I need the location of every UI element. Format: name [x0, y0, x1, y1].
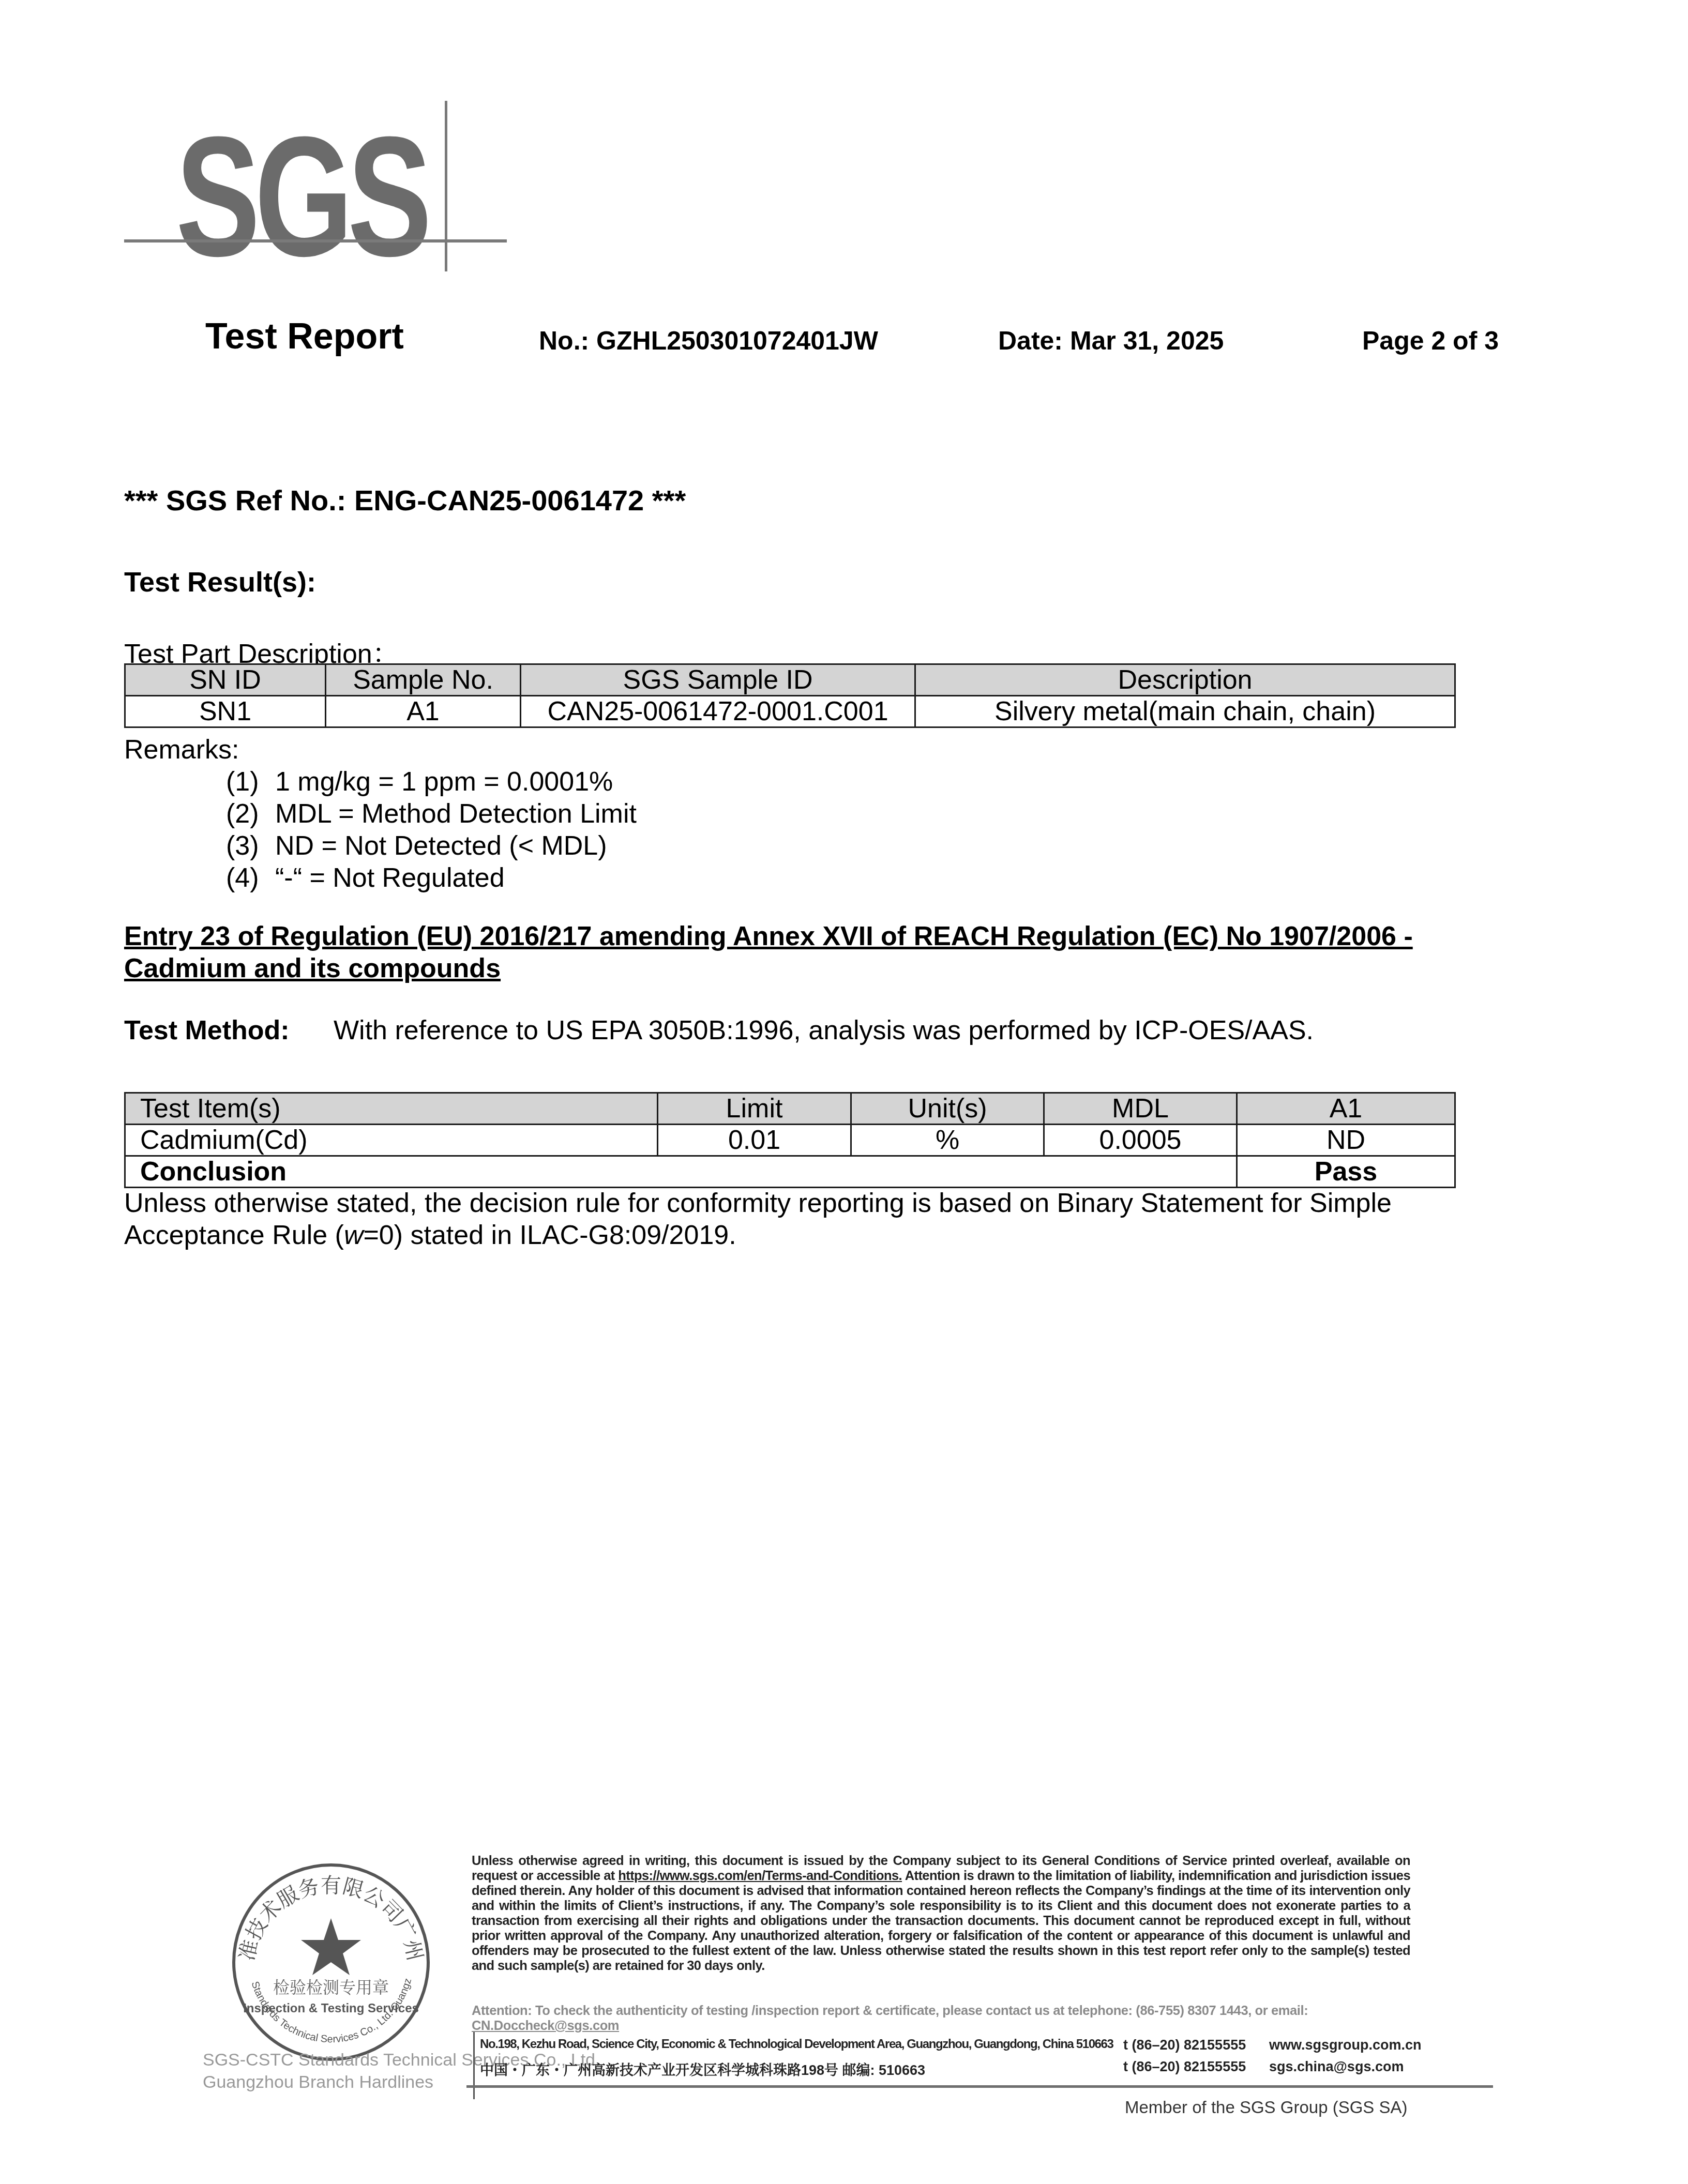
cell-unit: %: [851, 1125, 1044, 1156]
address-chinese: 中国・广东・广州高新技术产业开发区科学城科珠路198号 邮编: 510663: [480, 2059, 925, 2079]
website-link[interactable]: www.sgsgroup.com.cn: [1269, 2037, 1422, 2053]
test-method-text: With reference to US EPA 3050B:1996, ana…: [334, 1015, 1314, 1046]
regulation-heading: Entry 23 of Regulation (EU) 2016/217 ame…: [124, 920, 1458, 984]
regulation-heading-line2: Cadmium and its compounds: [124, 953, 501, 983]
sgs-ref-number: *** SGS Ref No.: ENG-CAN25-0061472 ***: [124, 483, 686, 517]
cell-description: Silvery metal(main chain, chain): [915, 696, 1455, 727]
column-header-mdl: MDL: [1044, 1093, 1237, 1125]
telephone-2: t (86–20) 82155555: [1123, 2059, 1246, 2075]
remark-item: (2)MDL = Method Detection Limit: [226, 798, 637, 829]
column-header-limit: Limit: [658, 1093, 851, 1125]
table-header-row: Test Item(s) Limit Unit(s) MDL A1: [125, 1093, 1455, 1125]
remark-text: MDL = Method Detection Limit: [275, 799, 637, 829]
logo-vertical-rule: [445, 101, 447, 271]
test-method-label: Test Method:: [124, 1015, 290, 1046]
conclusion-row: Conclusion Pass: [125, 1156, 1455, 1188]
telephone-1: t (86–20) 82155555: [1123, 2037, 1246, 2053]
remark-number: (4): [226, 862, 275, 893]
legal-disclaimer: Unless otherwise agreed in writing, this…: [472, 1854, 1410, 1974]
cell-test-item: Cadmium(Cd): [125, 1125, 658, 1156]
cell-sgs-sample-id: CAN25-0061472-0001.C001: [521, 696, 915, 727]
remark-number: (3): [226, 830, 275, 861]
footer-divider-horizontal: [466, 2085, 1493, 2088]
table-row: SN1 A1 CAN25-0061472-0001.C001 Silvery m…: [125, 696, 1455, 727]
cell-mdl: 0.0005: [1044, 1125, 1237, 1156]
seal-center-cn: 检验检测专用章: [273, 1978, 389, 1997]
column-header-sgs-sample-id: SGS Sample ID: [521, 664, 915, 696]
cell-sn-id: SN1: [125, 696, 326, 727]
footer-divider-vertical: [473, 2032, 475, 2099]
regulation-heading-line1: Entry 23 of Regulation (EU) 2016/217 ame…: [124, 921, 1413, 951]
test-results-heading: Test Result(s):: [124, 566, 316, 598]
decision-rule-statement: Unless otherwise stated, the decision ru…: [124, 1187, 1458, 1251]
table-row: Cadmium(Cd) 0.01 % 0.0005 ND: [125, 1125, 1455, 1156]
column-header-sn-id: SN ID: [125, 664, 326, 696]
remark-text: ND = Not Detected (< MDL): [275, 831, 607, 861]
decision-rule-variable: w: [344, 1220, 364, 1250]
disclaimer-text-cont: Attention is drawn to the limitation of …: [472, 1869, 1410, 1973]
company-name-line2: Guangzhou Branch Hardlines: [203, 2072, 433, 2092]
inspection-seal-stamp: 通标标准技术服务有限公司广州分公司 检验检测专用章 Inspection & T…: [222, 1851, 440, 2068]
cell-sample-no: A1: [326, 696, 521, 727]
sgs-logo-text: SGS: [176, 111, 427, 282]
column-header-units: Unit(s): [851, 1093, 1044, 1125]
remark-item: (4)“-“ = Not Regulated: [226, 862, 505, 893]
test-part-table: SN ID Sample No. SGS Sample ID Descripti…: [124, 663, 1456, 728]
remark-item: (3)ND = Not Detected (< MDL): [226, 830, 607, 861]
report-date: Date: Mar 31, 2025: [998, 326, 1224, 356]
decision-rule-text: Unless otherwise stated, the decision ru…: [124, 1188, 1392, 1250]
report-number: No.: GZHL250301072401JW: [539, 326, 878, 356]
remark-item: (1)1 mg/kg = 1 ppm = 0.0001%: [226, 766, 613, 797]
authenticity-notice-text: Attention: To check the authenticity of …: [472, 2004, 1308, 2018]
conclusion-label: Conclusion: [125, 1156, 1237, 1188]
remark-number: (1): [226, 766, 275, 797]
test-results-table: Test Item(s) Limit Unit(s) MDL A1 Cadmiu…: [124, 1092, 1456, 1188]
terms-and-conditions-link[interactable]: https://www.sgs.com/en/Terms-and-Conditi…: [618, 1869, 902, 1883]
address-english: No.198, Kezhu Road, Science City, Econom…: [480, 2037, 1113, 2052]
cell-result-a1: ND: [1237, 1125, 1455, 1156]
table-header-row: SN ID Sample No. SGS Sample ID Descripti…: [125, 664, 1455, 696]
decision-rule-text-end: =0) stated in ILAC-G8:09/2019.: [363, 1220, 736, 1250]
sgs-group-membership: Member of the SGS Group (SGS SA): [1125, 2098, 1408, 2117]
conclusion-value: Pass: [1237, 1156, 1455, 1188]
column-header-description: Description: [915, 664, 1455, 696]
remarks-label: Remarks:: [124, 734, 239, 765]
star-icon: [301, 1918, 361, 1975]
authenticity-notice: Attention: To check the authenticity of …: [472, 2004, 1410, 2034]
column-header-sample-a1: A1: [1237, 1093, 1455, 1125]
cell-limit: 0.01: [658, 1125, 851, 1156]
column-header-test-item: Test Item(s): [125, 1093, 658, 1125]
report-title: Test Report: [205, 315, 404, 357]
logo-horizontal-rule: [124, 239, 507, 242]
page-indicator: Page 2 of 3: [1362, 326, 1499, 356]
email-link[interactable]: sgs.china@sgs.com: [1269, 2059, 1404, 2075]
remark-text: “-“ = Not Regulated: [275, 863, 505, 893]
doccheck-email-link[interactable]: CN.Doccheck@sgs.com: [472, 2019, 619, 2033]
column-header-sample-no: Sample No.: [326, 664, 521, 696]
remark-text: 1 mg/kg = 1 ppm = 0.0001%: [275, 767, 613, 797]
sgs-logo: SGS: [124, 101, 507, 271]
remark-number: (2): [226, 798, 275, 829]
